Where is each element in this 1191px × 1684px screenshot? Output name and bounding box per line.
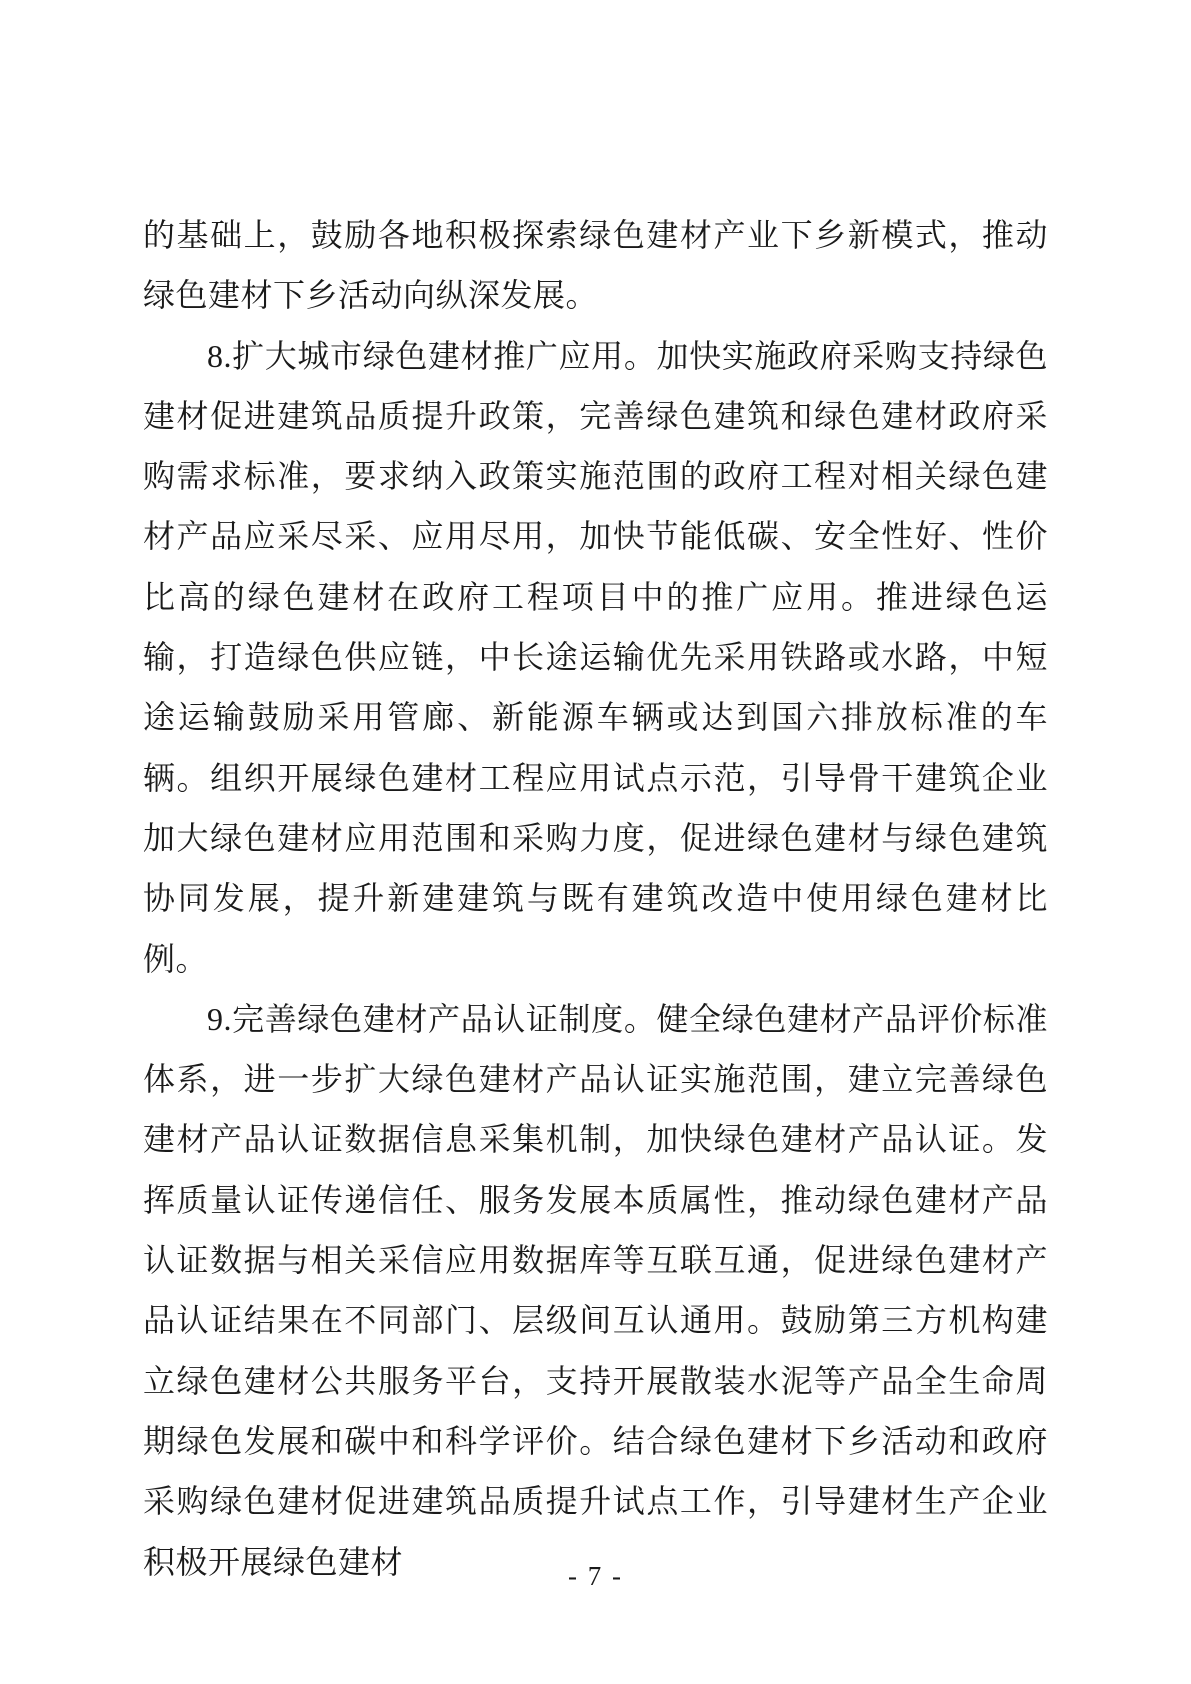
- page-number: - 7 -: [0, 1560, 1191, 1592]
- paragraph-item-9: 9.完善绿色建材产品认证制度。健全绿色建材产品评价标准体系，进一步扩大绿色建材产…: [143, 989, 1048, 1592]
- paragraph-item-8: 8.扩大城市绿色建材推广应用。加快实施政府采购支持绿色建材促进建筑品质提升政策，…: [143, 326, 1048, 989]
- document-body: 的基础上，鼓励各地积极探索绿色建材产业下乡新模式，推动绿色建材下乡活动向纵深发展…: [143, 205, 1048, 1592]
- paragraph-continuation: 的基础上，鼓励各地积极探索绿色建材产业下乡新模式，推动绿色建材下乡活动向纵深发展…: [143, 205, 1048, 326]
- document-page: 的基础上，鼓励各地积极探索绿色建材产业下乡新模式，推动绿色建材下乡活动向纵深发展…: [0, 0, 1191, 1684]
